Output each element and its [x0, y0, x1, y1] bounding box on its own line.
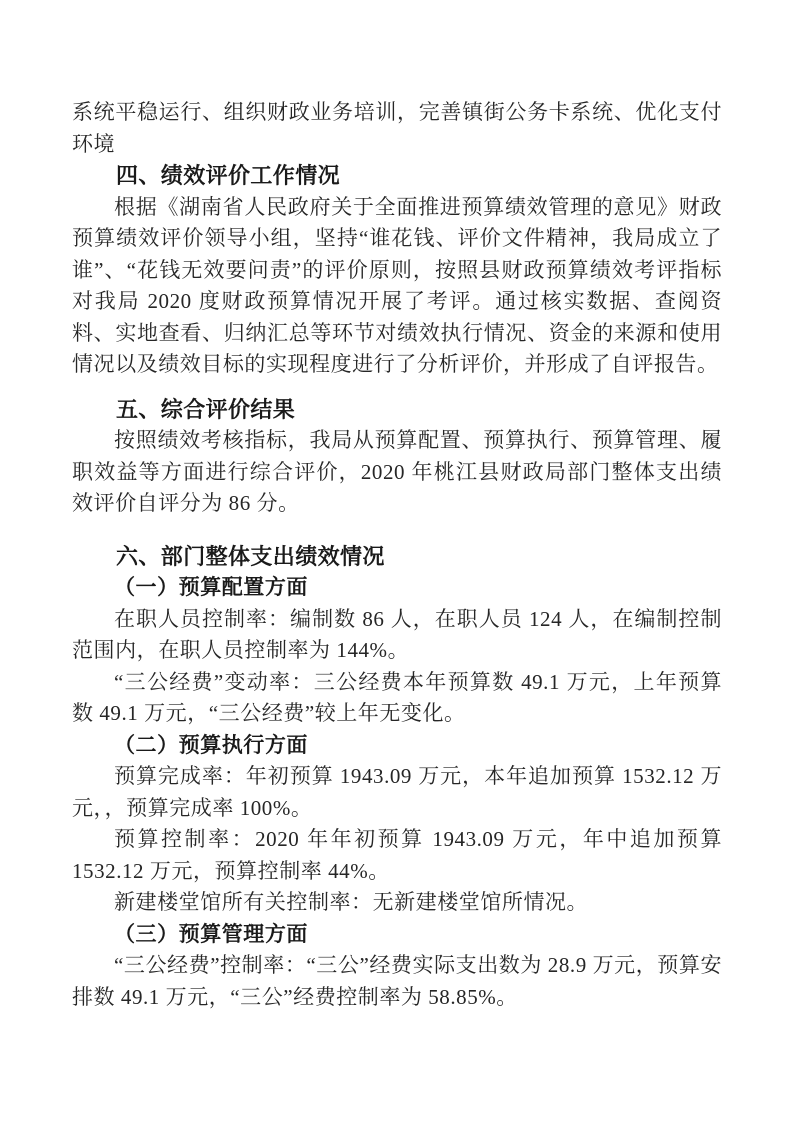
sub-heading: （三）预算管理方面 — [72, 919, 722, 951]
paragraph: 系统平稳运行、组织财政业务培训，完善镇街公务卡系统、优化支付环境 — [72, 97, 722, 160]
paragraph: 预算完成率：年初预算 1943.09 万元，本年追加预算 1532.12 万元，… — [72, 761, 722, 824]
paragraph: “三公经费”控制率：“三公”经费实际支出数为 28.9 万元，预算安排数 49.… — [72, 950, 722, 1013]
document-content: 系统平稳运行、组织财政业务培训，完善镇街公务卡系统、优化支付环境四、绩效评价工作… — [72, 97, 722, 1013]
document-page: 系统平稳运行、组织财政业务培训，完善镇街公务卡系统、优化支付环境四、绩效评价工作… — [0, 0, 793, 1122]
paragraph: 在职人员控制率：编制数 86 人，在职人员 124 人，在编制控制范围内，在职人… — [72, 604, 722, 667]
sub-heading: （二）预算执行方面 — [72, 730, 722, 762]
paragraph: 按照绩效考核指标，我局从预算配置、预算执行、预算管理、履职效益等方面进行综合评价… — [72, 425, 722, 520]
paragraph: 预算控制率：2020 年年初预算 1943.09 万元，年中追加预算 1532.… — [72, 824, 722, 887]
paragraph: 新建楼堂馆所有关控制率：无新建楼堂馆所情况。 — [72, 887, 722, 919]
section-heading: 六、部门整体支出绩效情况 — [72, 541, 722, 573]
sub-heading: （一）预算配置方面 — [72, 572, 722, 604]
section-heading: 五、综合评价结果 — [72, 394, 722, 426]
paragraph: 根据《湖南省人民政府关于全面推进预算绩效管理的意见》财政预算绩效评价领导小组，坚… — [72, 192, 722, 381]
paragraph: “三公经费”变动率：三公经费本年预算数 49.1 万元，上年预算数 49.1 万… — [72, 667, 722, 730]
section-heading: 四、绩效评价工作情况 — [72, 160, 722, 192]
